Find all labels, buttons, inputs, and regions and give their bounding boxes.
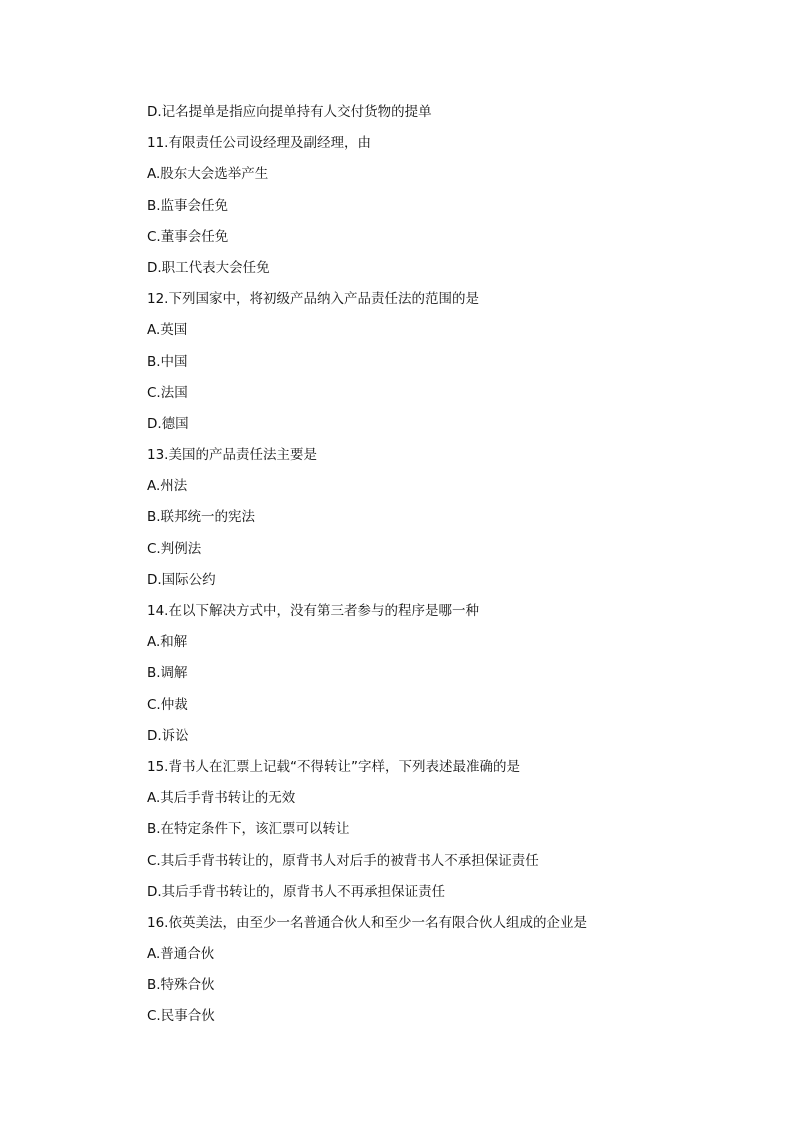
question-line: 11.有限责任公司设经理及副经理，由: [147, 132, 587, 163]
option-line: D.记名提单是指应向提单持有人交付货物的提单: [147, 101, 587, 132]
option-line: D.职工代表大会任免: [147, 257, 587, 288]
option-line: B.特殊合伙: [147, 974, 587, 1005]
option-line: D.其后手背书转让的，原背书人不再承担保证责任: [147, 881, 587, 912]
option-line: B.中国: [147, 351, 587, 382]
question-line: 12.下列国家中，将初级产品纳入产品责任法的范围的是: [147, 288, 587, 319]
question-line: 15.背书人在汇票上记载“不得转让”字样，下列表述最准确的是: [147, 756, 587, 787]
option-line: A.和解: [147, 631, 587, 662]
option-line: A.州法: [147, 475, 587, 506]
option-line: C.判例法: [147, 538, 587, 569]
option-line: C.仲裁: [147, 694, 587, 725]
option-line: D.德国: [147, 413, 587, 444]
option-line: B.联邦统一的宪法: [147, 506, 587, 537]
option-line: C.其后手背书转让的，原背书人对后手的被背书人不承担保证责任: [147, 850, 587, 881]
option-line: A.普通合伙: [147, 943, 587, 974]
option-line: A.英国: [147, 319, 587, 350]
question-line: 16.依英美法，由至少一名普通合伙人和至少一名有限合伙人组成的企业是: [147, 912, 587, 943]
question-line: 13.美国的产品责任法主要是: [147, 444, 587, 475]
question-list: D.记名提单是指应向提单持有人交付货物的提单 11.有限责任公司设经理及副经理，…: [147, 101, 587, 1037]
option-line: C.民事合伙: [147, 1005, 587, 1036]
option-line: C.法国: [147, 382, 587, 413]
option-line: A.股东大会选举产生: [147, 163, 587, 194]
option-line: B.监事会任免: [147, 195, 587, 226]
option-line: B.调解: [147, 662, 587, 693]
option-line: C.董事会任免: [147, 226, 587, 257]
option-line: D.诉讼: [147, 725, 587, 756]
option-line: B.在特定条件下，该汇票可以转让: [147, 818, 587, 849]
question-line: 14.在以下解决方式中，没有第三者参与的程序是哪一种: [147, 600, 587, 631]
option-line: A.其后手背书转让的无效: [147, 787, 587, 818]
document-page: D.记名提单是指应向提单持有人交付货物的提单 11.有限责任公司设经理及副经理，…: [0, 0, 794, 1123]
option-line: D.国际公约: [147, 569, 587, 600]
